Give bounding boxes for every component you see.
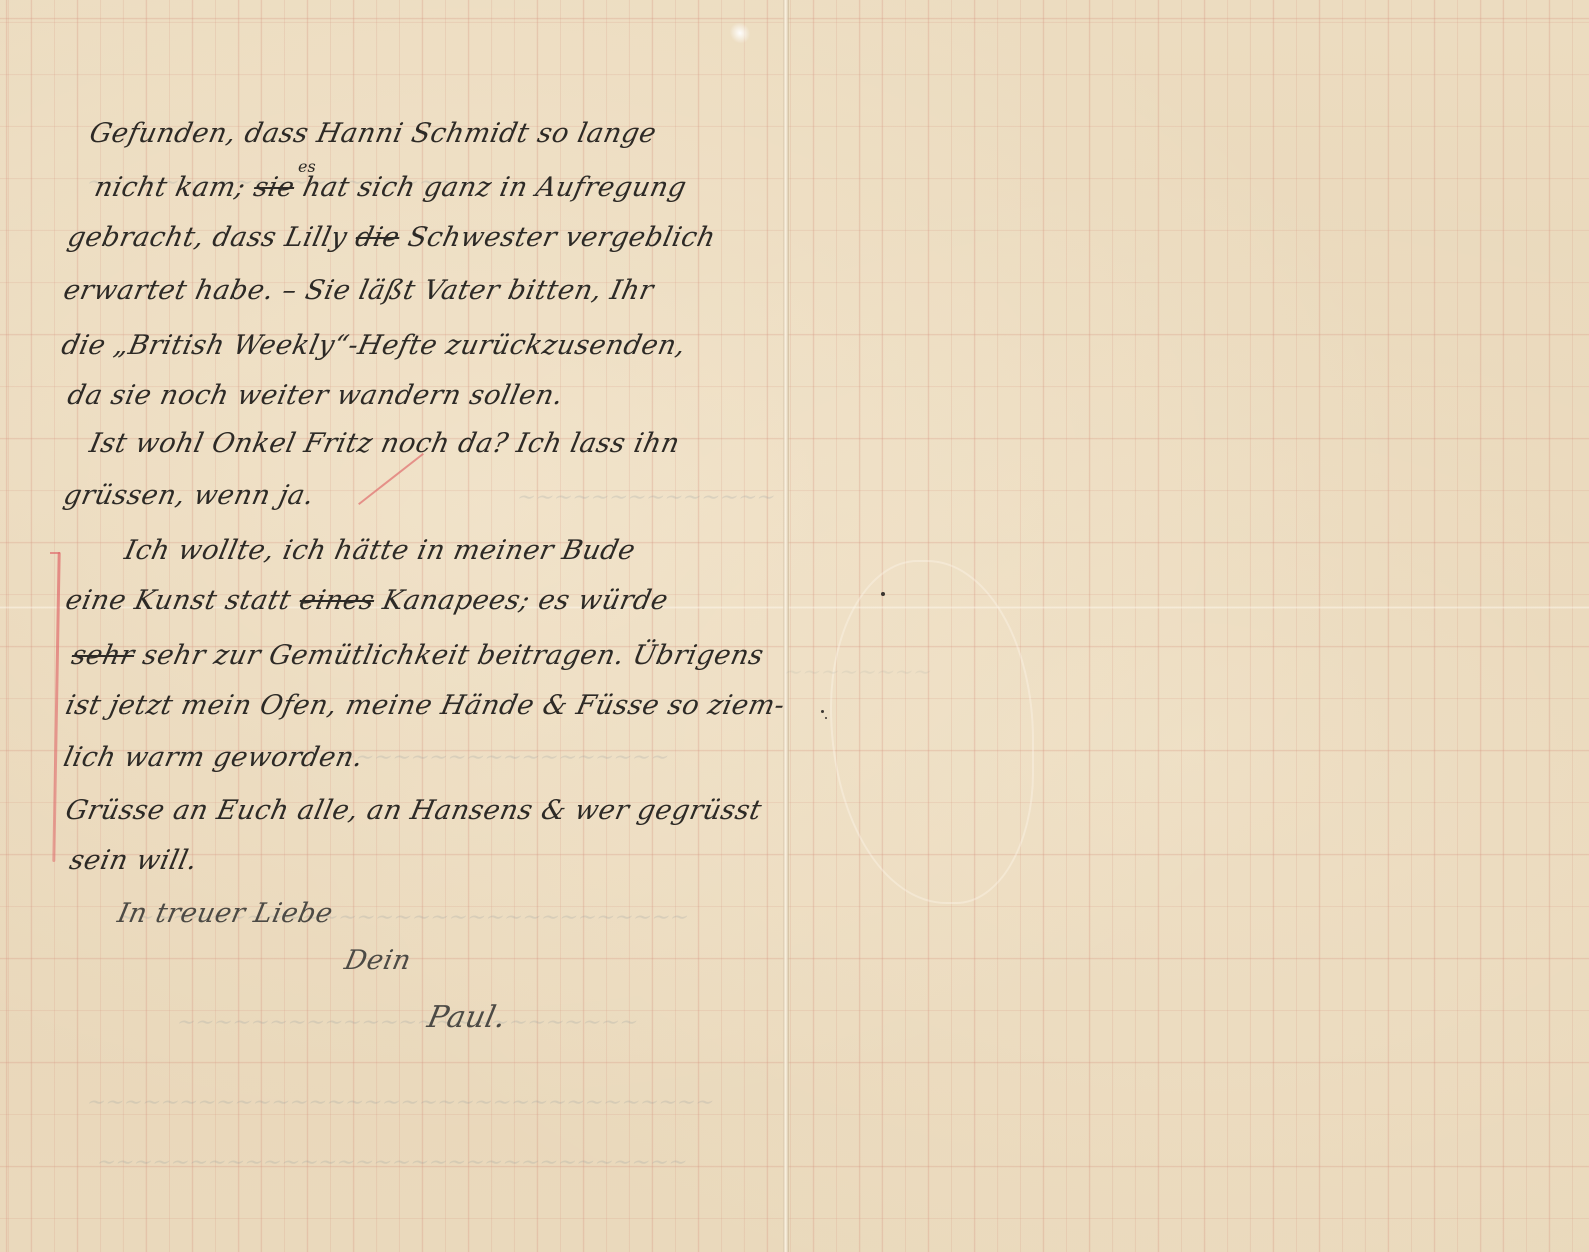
letter-line-12: ist jetzt mein Ofen, meine Hände & Füsse… — [63, 690, 788, 721]
bleed-through-text: ~~~~~~~~ — [785, 660, 936, 670]
line-text-rest: sehr zur Gemütlichkeit beitragen. Übrige… — [131, 640, 767, 671]
line-text: lich warm geworden. — [61, 742, 367, 773]
line-text: Gefunden, dass Hanni Schmidt so lange — [87, 118, 660, 149]
letter-line-10: eine Kunst statt eines Kanapees; es würd… — [63, 585, 671, 616]
letter-line-15: sein will. — [67, 845, 201, 876]
line-text: grüssen, wenn ja. — [61, 480, 317, 511]
letter-body: Gefunden, dass Hanni Schmidt so lange es… — [0, 0, 785, 1252]
ink-speck — [821, 710, 824, 713]
line-text-rest: hat sich ganz in Aufregung — [291, 172, 689, 203]
struck-word: eines — [297, 585, 378, 616]
letter-line-5: die „British Weekly“-Hefte zurückzusende… — [59, 330, 689, 361]
left-page: ~~~~~~~~~~~~~~~~~~~~ ~~~~~~~~~~~~~~ ~~~~… — [0, 0, 785, 1252]
letter-line-14: Grüsse an Euch alle, an Hansens & wer ge… — [63, 795, 765, 826]
line-text: Ist wohl Onkel Fritz noch da? Ich lass i… — [87, 428, 683, 459]
closing-valediction: Dein — [342, 945, 414, 976]
letter-line-8: grüssen, wenn ja. — [61, 480, 317, 511]
line-text: erwartet habe. – Sie läßt Vater bitten, … — [61, 275, 657, 306]
line-text: eine Kunst statt — [63, 585, 303, 616]
signature: Paul. — [424, 1000, 509, 1035]
line-text: ist jetzt mein Ofen, meine Hände & Füsse… — [63, 690, 788, 721]
letter-line-7: Ist wohl Onkel Fritz noch da? Ich lass i… — [87, 428, 683, 459]
line-text-rest: Kanapees; es würde — [371, 585, 671, 616]
letter-line-1: Gefunden, dass Hanni Schmidt so lange — [87, 118, 660, 149]
line-text: gebracht, dass Lilly — [65, 222, 360, 253]
closing-salutation: In treuer Liebe — [115, 898, 336, 929]
letter-line-2: nicht kam; sie hat sich ganz in Aufregun… — [92, 172, 690, 203]
line-text: nicht kam; — [92, 172, 258, 203]
ink-speck — [881, 592, 885, 596]
letter-line-9: Ich wollte, ich hätte in meiner Bude — [122, 535, 639, 566]
letter-line-13: lich warm geworden. — [61, 742, 367, 773]
line-text: Ich wollte, ich hätte in meiner Bude — [122, 535, 639, 566]
letter-sheet: ~~~~~~~~~~~~~~~~~~~~ ~~~~~~~~~~~~~~ ~~~~… — [0, 0, 1589, 1252]
line-text: die „British Weekly“-Hefte zurückzusende… — [59, 330, 689, 361]
struck-word: sehr — [69, 640, 138, 671]
letter-line-4: erwartet habe. – Sie läßt Vater bitten, … — [61, 275, 657, 306]
letter-line-6: da sie noch weiter wandern sollen. — [65, 380, 566, 411]
ink-speck — [825, 717, 827, 719]
struck-word: die — [353, 222, 403, 253]
line-text: sein will. — [67, 845, 201, 876]
right-page: ~~~~~~~~ — [787, 0, 1589, 1252]
line-text-rest: Schwester vergeblich — [396, 222, 718, 253]
letter-line-11: sehr sehr zur Gemütlichkeit beitragen. Ü… — [69, 640, 767, 671]
letter-line-3: gebracht, dass Lilly die Schwester verge… — [65, 222, 719, 253]
line-text: Grüsse an Euch alle, an Hansens & wer ge… — [63, 795, 765, 826]
line-text: da sie noch weiter wandern sollen. — [65, 380, 566, 411]
